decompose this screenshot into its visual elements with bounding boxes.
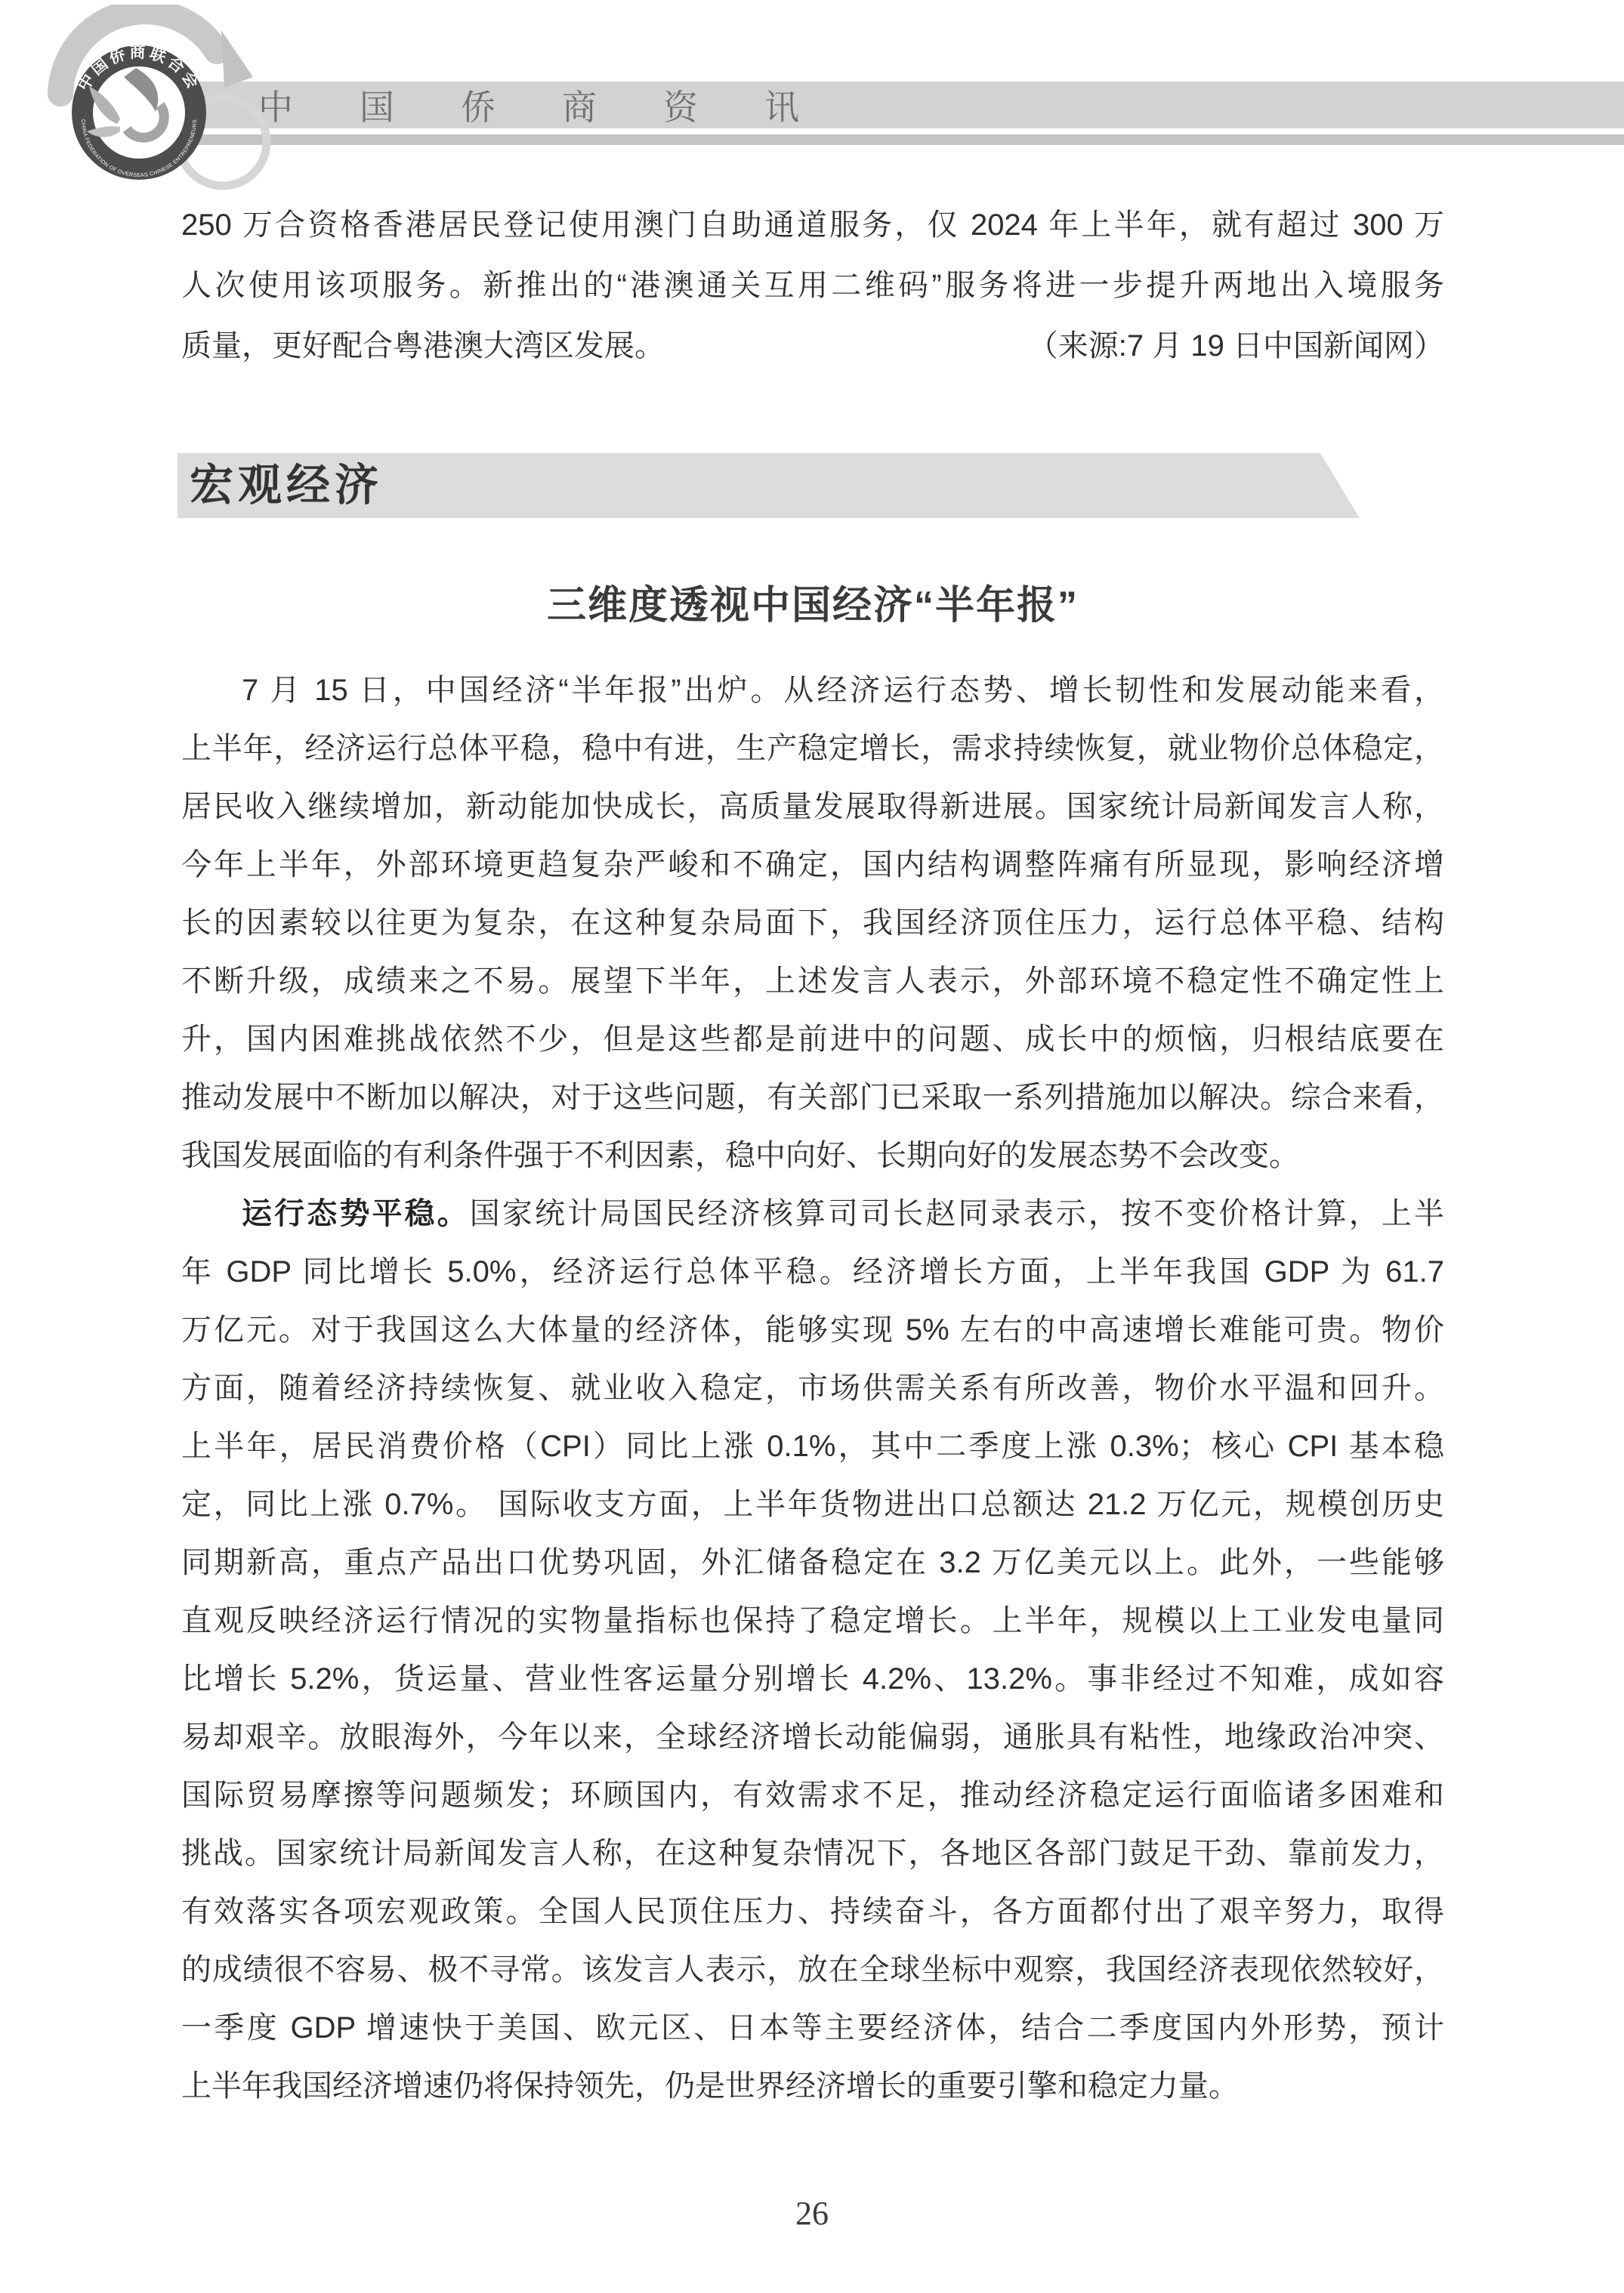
intro-last-line: 质量，更好配合粤港澳大湾区发展。 bbox=[181, 316, 665, 376]
body-line: 今年上半年，外部环境更趋复杂严峻和不确定，国内结构调整阵痛有所显现，影响经济增 bbox=[181, 836, 1444, 894]
section-header: 宏观经济 bbox=[178, 453, 1360, 518]
body-line: 我国发展面临的有利条件强于不利因素，稳中向好、长期向好的发展态势不会改变。 bbox=[181, 1127, 1444, 1185]
body-line: 居民收入继续增加，新动能加快成长，高质量发展取得新进展。国家统计局新闻发言人称， bbox=[181, 778, 1444, 836]
body-line: 上半年我国经济增速仍将保持领先，仍是世界经济增长的重要引擎和稳定力量。 bbox=[181, 2057, 1444, 2116]
section-title: 宏观经济 bbox=[190, 461, 383, 510]
body-line: 同期新高，重点产品出口优势巩固，外汇储备稳定在 3.2 万亿美元以上。此外，一些… bbox=[181, 1534, 1444, 1592]
body-line: 不断升级，成绩来之不易。展望下半年，上述发言人表示，外部环境不稳定性不确定性上 bbox=[181, 952, 1444, 1011]
body-line: 比增长 5.2%，货运量、营业性客运量分别增长 4.2%、13.2%。事非经过不… bbox=[181, 1650, 1444, 1708]
paragraph: 7 月 15 日，中国经济“半年报”出炉。从经济运行态势、增长韧性和发展动能来看… bbox=[181, 662, 1444, 1185]
page-number: 26 bbox=[0, 2194, 1624, 2233]
paragraph: 运行态势平稳。国家统计局国民经济核算司司长赵同录表示，按不变价格计算，上半年 G… bbox=[181, 1185, 1444, 2116]
source-attribution: （来源:7 月 19 日中国新闻网） bbox=[1028, 316, 1444, 376]
body-line: 有效落实各项宏观政策。全国人民顶住压力、持续奋斗，各方面都付出了艰辛努力，取得 bbox=[181, 1883, 1444, 1941]
body-line: 250 万合资格香港居民登记使用澳门自助通道服务，仅 2024 年上半年，就有超… bbox=[181, 195, 1444, 255]
body-line: 定，同比上涨 0.7%。 国际收支方面，上半年货物进出口总额达 21.2 万亿元… bbox=[181, 1476, 1444, 1534]
body-line: 方面，随着经济持续恢复、就业收入稳定，市场供需关系有所改善，物价水平温和回升。 bbox=[181, 1359, 1444, 1418]
intro-paragraph: 250 万合资格香港居民登记使用澳门自助通道服务，仅 2024 年上半年，就有超… bbox=[181, 195, 1444, 376]
article-body: 7 月 15 日，中国经济“半年报”出炉。从经济运行态势、增长韧性和发展动能来看… bbox=[181, 662, 1444, 2116]
body-line: 年 GDP 同比增长 5.0%，经济运行总体平稳。经济增长方面，上半年我国 GD… bbox=[181, 1243, 1444, 1301]
body-line: 推动发展中不断加以解决，对于这些问题，有关部门已采取一系列措施加以解决。综合来看… bbox=[181, 1069, 1444, 1127]
logo-swoosh-tip bbox=[221, 30, 253, 88]
body-line: 上半年，居民消费价格（CPI）同比上涨 0.1%，其中二季度上涨 0.3%；核心… bbox=[181, 1418, 1444, 1476]
body-line: 长的因素较以往更为复杂，在这种复杂局面下，我国经济顶住压力，运行总体平稳、结构 bbox=[181, 894, 1444, 952]
body-line: 挑战。国家统计局新闻发言人称，在这种复杂情况下，各地区各部门鼓足干劲、靠前发力， bbox=[181, 1825, 1444, 1883]
body-line: 运行态势平稳。国家统计局国民经济核算司司长赵同录表示，按不变价格计算，上半 bbox=[181, 1185, 1444, 1243]
body-line: 易却艰辛。放眼海外，今年以来，全球经济增长动能偏弱，通胀具有粘性，地缘政治冲突、 bbox=[181, 1708, 1444, 1767]
body-line: 人次使用该项服务。新推出的“港澳通关互用二维码”服务将进一步提升两地出入境服务 bbox=[181, 255, 1444, 316]
body-line: 一季度 GDP 增速快于美国、欧元区、日本等主要经济体，结合二季度国内外形势，预… bbox=[181, 1999, 1444, 2057]
paragraph-lead: 运行态势平稳。 bbox=[242, 1197, 470, 1230]
body-line: 7 月 15 日，中国经济“半年报”出炉。从经济运行态势、增长韧性和发展动能来看… bbox=[181, 662, 1444, 720]
body-line: 升，国内困难挑战依然不少，但是这些都是前进中的问题、成长中的烦恼，归根结底要在 bbox=[181, 1011, 1444, 1069]
document-page: 中国侨商资讯 中国侨商联合会 CHINA FEDERATION OF OVERS… bbox=[0, 0, 1624, 2293]
article-title: 三维度透视中国经济“半年报” bbox=[181, 574, 1444, 637]
body-line: 的成绩很不容易、极不寻常。该发言人表示，放在全球坐标中观察，我国经济表现依然较好… bbox=[181, 1941, 1444, 1999]
body-line: 万亿元。对于我国这么大体量的经济体，能够实现 5% 左右的中高速增长难能可贵。物… bbox=[181, 1301, 1444, 1359]
newsletter-title: 中国侨商资讯 bbox=[258, 86, 866, 128]
body-line: 国际贸易摩擦等问题频发；环顾国内，有效需求不足，推动经济稳定运行面临诸多困难和 bbox=[181, 1767, 1444, 1825]
body-line: 上半年，经济运行总体平稳，稳中有进，生产稳定增长，需求持续恢复，就业物价总体稳定… bbox=[181, 720, 1444, 778]
body-line: 直观反映经济运行情况的实物量指标也保持了稳定增长。上半年，规模以上工业发电量同 bbox=[181, 1592, 1444, 1650]
body-line: 质量，更好配合粤港澳大湾区发展。 （来源:7 月 19 日中国新闻网） bbox=[181, 316, 1444, 376]
header-bar-accent bbox=[189, 134, 1624, 145]
